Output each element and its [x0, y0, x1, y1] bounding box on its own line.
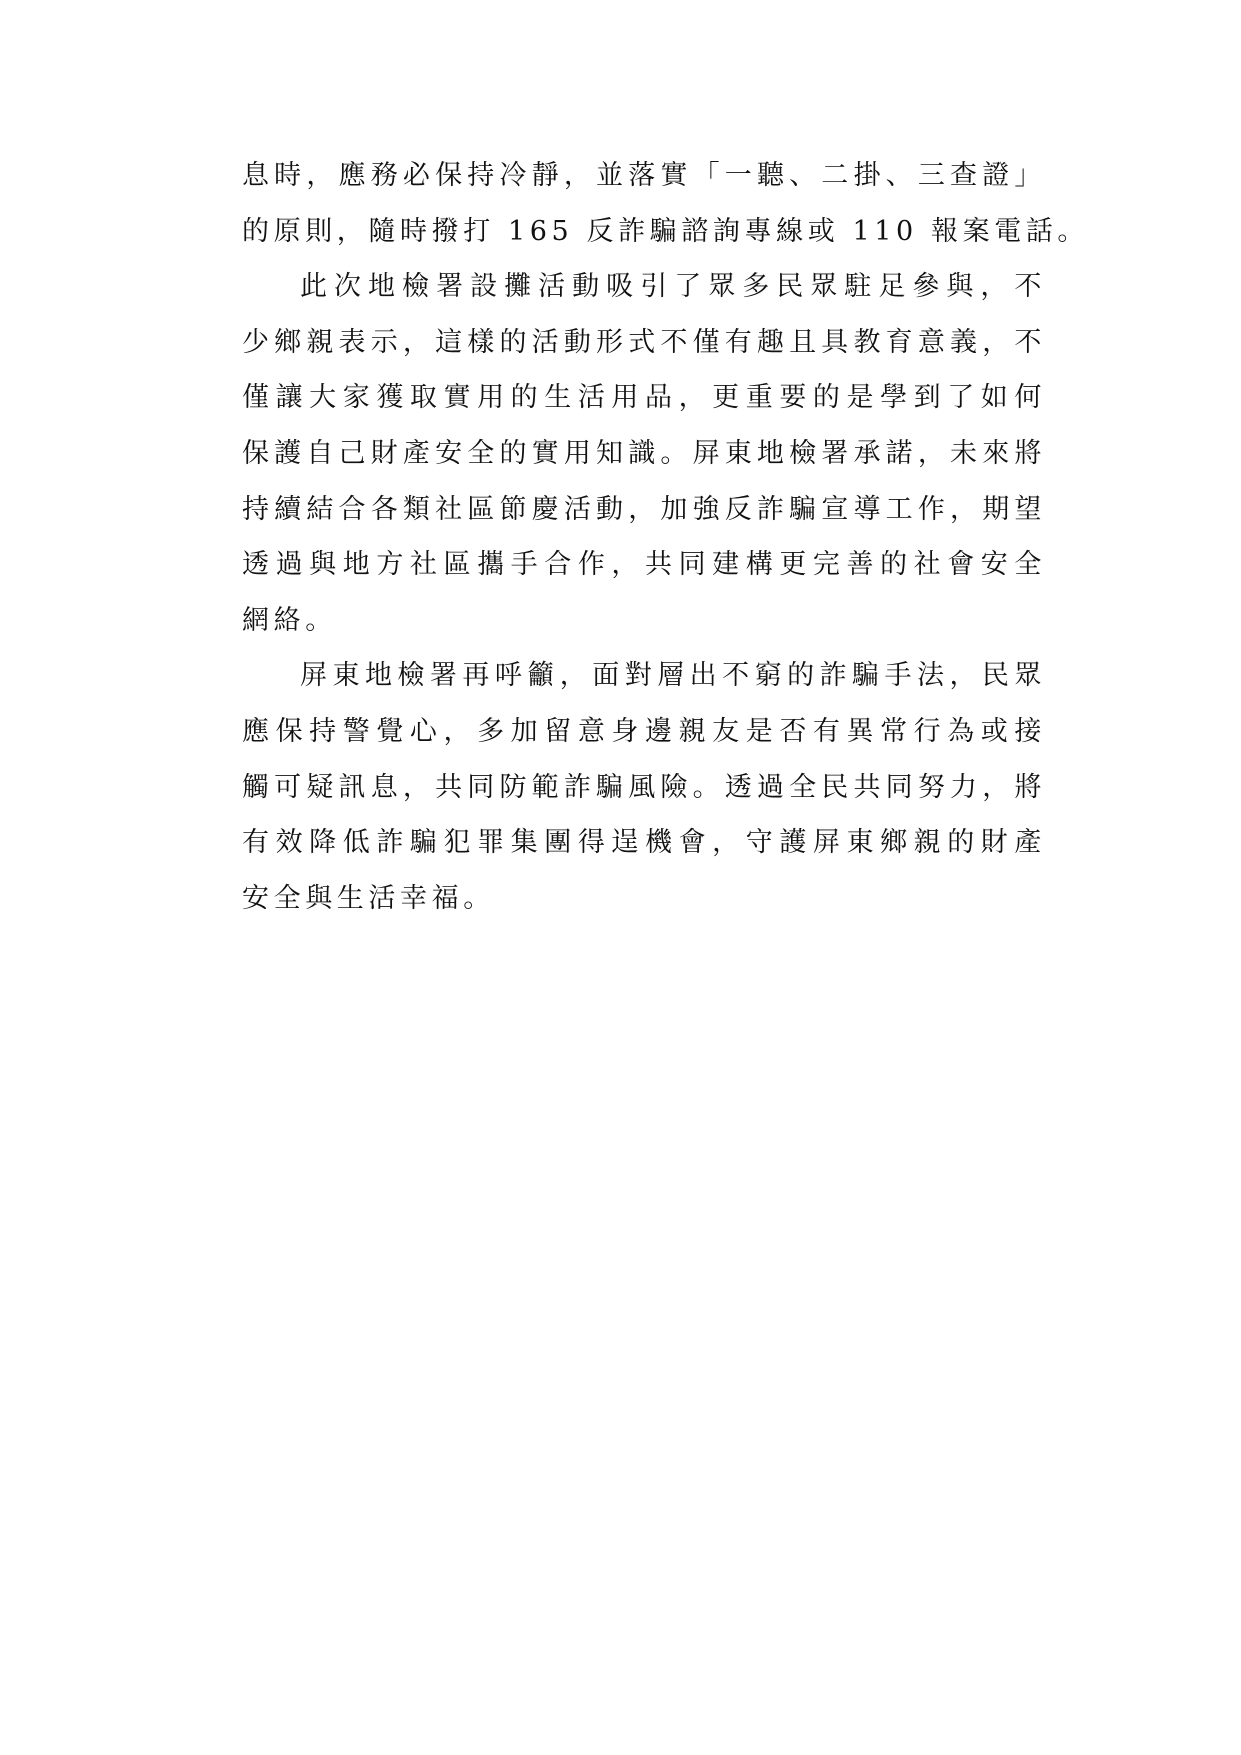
paragraph-3: 屏東地檢署再呼籲，面對層出不窮的詐騙手法，民眾 應保持警覺心，多加留意身邊親友是…	[242, 648, 1046, 926]
text-line: 屏東地檢署再呼籲，面對層出不窮的詐騙手法，民眾	[242, 648, 1046, 704]
paragraph-2: 此次地檢署設攤活動吸引了眾多民眾駐足參與，不 少鄉親表示，這樣的活動形式不僅有趣…	[242, 259, 1046, 648]
text-line: 有效降低詐騙犯罪集團得逞機會，守護屏東鄉親的財產	[242, 815, 1046, 871]
document-body: 息時，應務必保持冷靜，並落實「一聽、二掛、三查證」 的原則，隨時撥打 165 反…	[242, 148, 1046, 926]
text-line: 少鄉親表示，這樣的活動形式不僅有趣且具教育意義，不	[242, 315, 1046, 371]
text-line: 保護自己財產安全的實用知識。屏東地檢署承諾，未來將	[242, 426, 1046, 482]
text-line: 持續結合各類社區節慶活動，加強反詐騙宣導工作，期望	[242, 482, 1046, 538]
text-line: 觸可疑訊息，共同防範詐騙風險。透過全民共同努力，將	[242, 760, 1046, 816]
text-line: 安全與生活幸福。	[242, 871, 1046, 927]
text-line: 應保持警覺心，多加留意身邊親友是否有異常行為或接	[242, 704, 1046, 760]
text-line: 息時，應務必保持冷靜，並落實「一聽、二掛、三查證」	[242, 148, 1046, 204]
text-line: 的原則，隨時撥打 165 反詐騙諮詢專線或 110 報案電話。	[242, 204, 1046, 260]
text-line: 此次地檢署設攤活動吸引了眾多民眾駐足參與，不	[242, 259, 1046, 315]
text-line: 透過與地方社區攜手合作，共同建構更完善的社會安全	[242, 537, 1046, 593]
text-line: 網絡。	[242, 593, 1046, 649]
text-line: 僅讓大家獲取實用的生活用品，更重要的是學到了如何	[242, 370, 1046, 426]
document-page: 息時，應務必保持冷靜，並落實「一聽、二掛、三查證」 的原則，隨時撥打 165 反…	[0, 0, 1241, 1755]
paragraph-1: 息時，應務必保持冷靜，並落實「一聽、二掛、三查證」 的原則，隨時撥打 165 反…	[242, 148, 1046, 259]
